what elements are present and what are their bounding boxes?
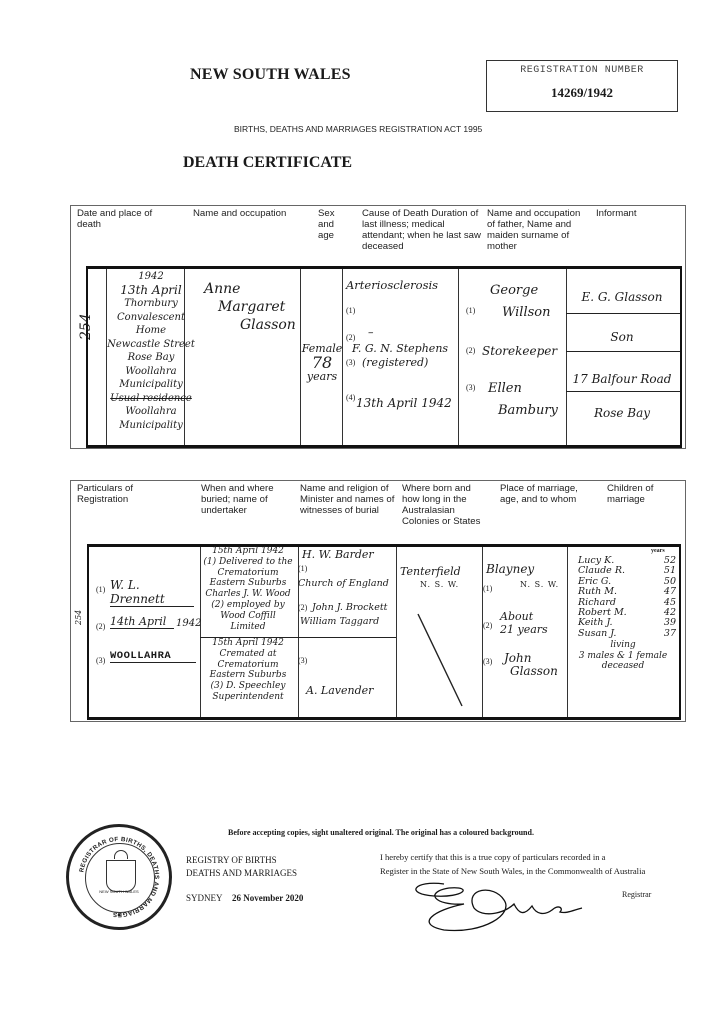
particular-number: (1) <box>96 585 105 594</box>
burial-line: 15th April 1942 <box>200 546 296 557</box>
registration-number-label: REGISTRATION NUMBER <box>487 65 677 76</box>
marriage-age-line: 21 years <box>500 623 548 636</box>
death-place-line: Home <box>104 324 198 338</box>
header-minister: Name and religion of Minister and names … <box>300 483 400 516</box>
sex-age: Female 78 years <box>300 342 344 384</box>
children-note-line: living <box>566 640 680 651</box>
children-note-line: 3 males & 1 female <box>566 651 680 662</box>
registry-name-line1: REGISTRY OF BIRTHS <box>186 855 277 865</box>
undertaker-company: Limited <box>200 622 296 633</box>
header-informant: Informant <box>596 208 676 219</box>
registration-year: 1942 <box>176 618 201 629</box>
children-list: Lucy K.52Claude R.51Eric G.50Ruth M.47Ri… <box>578 556 676 639</box>
minister-religion: Church of England <box>298 578 389 589</box>
cremation-line: Crematorium <box>200 660 296 671</box>
death-place-line: Rose Bay <box>104 351 198 365</box>
superintendent-name: (3) D. Speechley <box>200 681 296 692</box>
marriage-age: About 21 years <box>500 610 548 636</box>
burial-line: (2) employed by <box>200 600 296 611</box>
header-name-occupation: Name and occupation <box>193 208 303 219</box>
act-line: BIRTHS, DEATHS AND MARRIAGES REGISTRATIO… <box>234 124 482 134</box>
cremation-line: Cremated at <box>200 649 296 660</box>
certificate-title: DEATH CERTIFICATE <box>183 154 352 172</box>
cremation-line: Eastern Suburbs <box>200 670 296 681</box>
age-unit: years <box>300 370 344 384</box>
father-surname: Willson <box>480 302 550 324</box>
marriage-item-number: (1) <box>483 584 492 593</box>
marriage-item-number: (2) <box>483 621 492 630</box>
first-name: Anne <box>200 280 310 298</box>
registration-district: WOOLLAHRA <box>110 650 196 663</box>
marriage-age-line: About <box>500 610 548 623</box>
death-place-line: Newcastle Street <box>104 338 198 352</box>
header-birthplace: Where born and how long in the Australas… <box>402 483 484 527</box>
marriage-state: N. S. W. <box>520 580 559 589</box>
child-age: 37 <box>664 629 676 639</box>
children-note: living 3 males & 1 female deceased <box>566 640 680 672</box>
spouse-surname: Glasson <box>504 665 558 678</box>
death-place-line: Thornbury <box>104 297 198 311</box>
particular-number: (3) <box>96 656 105 665</box>
registrar-name: W. L. Drennett <box>110 578 194 607</box>
header-children: Children of marriage <box>607 483 677 505</box>
informant-address-line1: 17 Balfour Road <box>566 372 678 386</box>
burial-details: 15th April 1942 (1) Delivered to the Cre… <box>200 546 296 632</box>
cause-of-death: Arteriosclerosis <box>346 278 438 292</box>
children-note-line: deceased <box>566 661 680 672</box>
parent-item-number: (1) <box>466 306 475 315</box>
death-date: 13th April <box>104 284 198 298</box>
undertaker-company: Wood Coffill <box>200 611 296 622</box>
header-cause: Cause of Death Duration of last illness;… <box>362 208 487 252</box>
father-first-name: George <box>480 280 550 302</box>
registration-number-box: REGISTRATION NUMBER 14269/1942 <box>486 60 678 112</box>
informant-name: E. G. Glasson <box>566 290 678 304</box>
header-date-place: Date and place of death <box>77 208 177 230</box>
registration-date: 14th April <box>110 615 174 629</box>
surname: Glasson <box>200 316 310 334</box>
registrar-title: Registrar <box>622 890 651 899</box>
death-place-line: Convalescent <box>104 311 198 325</box>
mother-first-name: Ellen <box>484 378 558 400</box>
seal-ring-text: REGISTRAR OF BIRTHS, DEATHS AND MARRIAGE… <box>69 827 169 927</box>
attendant-registered: (registered) <box>362 356 428 369</box>
undertaker-name: Charles J. W. Wood <box>200 589 296 600</box>
birthplace: Tenterfield <box>400 565 461 578</box>
children-header: years <box>651 548 665 554</box>
side-number: 254 <box>74 610 83 625</box>
age: 78 <box>300 356 344 370</box>
marriage-place: Blayney <box>486 562 534 576</box>
strike-through-line <box>410 610 470 710</box>
last-seen-date: 13th April 1942 <box>356 396 452 410</box>
father-name: George Willson <box>480 280 550 324</box>
burial-line: Crematorium <box>200 568 296 579</box>
issue-city: SYDNEY <box>186 893 223 903</box>
minister-item-number: (1) <box>298 564 307 573</box>
minister-item-number: (3) <box>298 656 307 665</box>
svg-text:REGISTRAR OF BIRTHS, DEATHS AN: REGISTRAR OF BIRTHS, DEATHS AND MARRIAGE… <box>78 836 160 918</box>
usual-residence-line: Usual residence <box>104 392 198 406</box>
witness-3: A. Lavender <box>306 684 373 697</box>
parent-item-number: (3) <box>466 383 475 392</box>
cremation-details: 15th April 1942 Cremated at Crematorium … <box>200 638 296 703</box>
registry-name-line2: DEATHS AND MARRIAGES <box>186 868 297 878</box>
header-burial: When and where buried; name of undertake… <box>201 483 291 516</box>
death-place-line: Municipality <box>104 378 198 392</box>
entry-number: 254 <box>78 313 94 340</box>
birthplace-state: N. S. W. <box>420 580 459 589</box>
burial-line: Eastern Suburbs <box>200 578 296 589</box>
cause-item-number: (2) <box>346 333 355 342</box>
middle-name: Margaret <box>200 298 310 316</box>
burial-line: (1) Delivered to the <box>200 557 296 568</box>
registrar-seal: REGISTRAR OF BIRTHS, DEATHS AND MARRIAGE… <box>66 824 172 930</box>
usual-residence-line: Woollahra <box>104 405 198 419</box>
cause-item-number: (4) <box>346 393 355 402</box>
marriage-item-number: (3) <box>483 657 492 666</box>
header-parents: Name and occupation of father, Name and … <box>487 208 587 252</box>
informant-relationship: Son <box>566 330 678 344</box>
registration-number: 14269/1942 <box>487 85 677 101</box>
issue-date: 26 November 2020 <box>232 893 303 903</box>
father-occupation: Storekeeper <box>482 344 557 358</box>
certification-line1: I hereby certify that this is a true cop… <box>380 852 606 862</box>
death-year: 1942 <box>104 270 198 284</box>
witness-1: John J. Brockett <box>312 602 387 613</box>
medical-attendant: F. G. N. Stephens <box>352 342 448 355</box>
informant-address-line2: Rose Bay <box>566 406 678 420</box>
mother-maiden-surname: Bambury <box>484 400 558 422</box>
cause-item-number: (1) <box>346 306 355 315</box>
mother-name: Ellen Bambury <box>484 378 558 422</box>
warning-text: Before accepting copies, sight unaltered… <box>228 828 534 837</box>
state-title: NEW SOUTH WALES <box>190 66 351 84</box>
death-place-line: Woollahra <box>104 365 198 379</box>
child-name: Susan J. <box>578 629 616 639</box>
parent-item-number: (2) <box>466 346 475 355</box>
deceased-name: Anne Margaret Glasson <box>200 280 310 334</box>
superintendent-title: Superintendent <box>200 692 296 703</box>
date-place-of-death: 1942 13th April Thornbury Convalescent H… <box>104 270 198 432</box>
usual-residence-line: Municipality <box>104 419 198 433</box>
particular-number: (2) <box>96 622 105 631</box>
cause-item-number: (3) <box>346 358 355 367</box>
spouse-name: John Glasson <box>504 652 558 678</box>
child-row: Susan J.37 <box>578 629 676 639</box>
cremation-line: 15th April 1942 <box>200 638 296 649</box>
registrar-signature <box>404 874 594 934</box>
minister-item-number: (2) <box>298 603 307 612</box>
cause-duration: – <box>368 326 374 339</box>
header-particulars: Particulars of Registration <box>77 483 167 505</box>
header-marriage: Place of marriage, age, and to whom <box>500 483 590 505</box>
svg-text:NEW SOUTH WALES: NEW SOUTH WALES <box>99 889 139 894</box>
witness-2: William Taggard <box>300 616 379 627</box>
header-sex-age: Sex and age <box>318 208 342 241</box>
minister-name: H. W. Barder <box>302 548 374 561</box>
